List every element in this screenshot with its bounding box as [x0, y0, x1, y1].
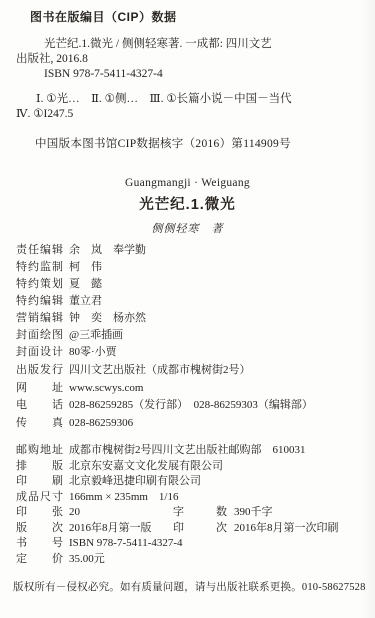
printing-row: 邮购地址成都市槐树街2号四川文艺出版社邮购部 610031 [16, 443, 369, 459]
row-label: 成品尺寸 [16, 490, 63, 506]
book-title: 光芒纪.1.微光 [0, 193, 375, 214]
copyright-page: 图书在版编目（CIP）数据 光芒纪.1.微光 / 侧侧轻寒著. 一成都: 四川文… [0, 0, 375, 618]
book-author: 侧侧轻寒 著 [0, 220, 375, 236]
row-label: 封面设计 [16, 344, 63, 361]
printing-row: 版次2016年8月第一版 印次 2016年8月第一次印刷 [16, 521, 369, 537]
printing-row: 印刷北京毅峰迅捷印刷有限公司 [16, 474, 369, 490]
row-value: 余 岚 奉学勤 [69, 244, 146, 256]
credits-block: 责任编辑余 岚 奉学勤 特约监制柯 伟 特约策划夏 懿 特约编辑董立君 营销编辑… [16, 242, 369, 361]
copyright-notice: 版权所有－侵权必究。如有质量问题，请与出版社联系更换。010-58627528 [13, 579, 369, 594]
row-label: 印张 [16, 505, 63, 521]
printing-row: 排版北京东安嘉文文化发展有限公司 [16, 459, 369, 475]
row-value: 钟 奕 杨亦然 [69, 312, 146, 324]
row-value: 20 [69, 506, 80, 518]
row-value: @三乖插画 [69, 329, 123, 341]
publisher-row: 出版发行四川文艺出版社（成都市槐树街2号） [16, 362, 369, 380]
credits-row: 封面绘图@三乖插画 [16, 327, 369, 344]
row-value: 四川文艺出版社（成都市槐树街2号） [69, 364, 251, 376]
row-label: 特约策划 [16, 276, 63, 293]
cip-classification-line: Ⅰ. ①光… Ⅱ. ①侧… Ⅲ. ①长篇小说－中国－当代 [16, 92, 369, 107]
credits-row: 特约监制柯 伟 [16, 259, 369, 276]
cip-classification-block: Ⅰ. ①光… Ⅱ. ①侧… Ⅲ. ①长篇小说－中国－当代 Ⅳ. ①I247.5 [16, 92, 369, 122]
row-label: 特约编辑 [16, 293, 63, 310]
credits-row: 特约策划夏 懿 [16, 276, 369, 293]
row-label: 封面绘图 [16, 327, 63, 344]
row-value-isbn: ISBN 978-7-5411-4327-4 [69, 537, 183, 549]
printing-row: 印张20 字数 390千字 [16, 505, 369, 521]
publisher-block: 出版发行四川文艺出版社（成都市槐树街2号） 网址www.scwys.com 电话… [16, 362, 369, 432]
row-label: 定价 [16, 552, 63, 568]
row-value-price: 35.00元 [69, 553, 105, 565]
cip-classification-line: Ⅳ. ①I247.5 [16, 107, 369, 122]
credits-row: 营销编辑钟 奕 杨亦然 [16, 310, 369, 327]
cip-record-line: 出版社, 2016.8 [16, 52, 369, 67]
row-value: 028-86259306 [69, 417, 133, 429]
publisher-row: 网址www.scwys.com [16, 380, 369, 398]
publisher-row: 传真028-86259306 [16, 415, 369, 433]
row-label: 出版发行 [16, 362, 63, 380]
row-label: 字数 [173, 505, 227, 521]
printing-row: 书号ISBN 978-7-5411-4327-4 [16, 536, 369, 552]
row-value: 北京东安嘉文文化发展有限公司 [69, 460, 223, 472]
row-value: 166mm × 235mm 1/16 [69, 491, 178, 503]
row-value: 028-86259285（发行部） 028-86259303（编辑部） [69, 399, 313, 411]
cip-record-line: ISBN 978-7-5411-4327-4 [16, 67, 369, 82]
cip-registry-line: 中国版本图书馆CIP数据核字（2016）第114909号 [16, 135, 369, 151]
row-value: 成都市槐树街2号四川文艺出版社邮购部 610031 [69, 444, 306, 456]
row-value: 柯 伟 [69, 261, 102, 273]
row-label: 特约监制 [16, 259, 63, 276]
book-title-pinyin: Guangmangji · Weiguang [0, 177, 375, 189]
row-value: 北京毅峰迅捷印刷有限公司 [69, 475, 201, 487]
row-value: 董立君 [69, 295, 102, 307]
cip-record-line: 光芒纪.1.微光 / 侧侧轻寒著. 一成都: 四川文艺 [16, 37, 369, 52]
row-value: 夏 懿 [69, 278, 102, 290]
row-value: 80零·小贾 [69, 346, 117, 358]
row-value: 2016年8月第一版 [69, 522, 152, 534]
credits-row: 责任编辑余 岚 奉学勤 [16, 242, 369, 259]
row-label: 营销编辑 [16, 310, 63, 327]
row-label: 责任编辑 [16, 242, 63, 259]
cip-header: 图书在版编目（CIP）数据 [16, 8, 369, 25]
credits-row: 特约编辑董立君 [16, 293, 369, 310]
row-label: 排版 [16, 459, 63, 475]
credits-row: 封面设计80零·小贾 [16, 344, 369, 361]
row-label: 邮购地址 [16, 443, 63, 459]
row-value-website: www.scwys.com [69, 382, 143, 394]
row-label: 网址 [16, 380, 63, 398]
printing-row: 定价35.00元 [16, 552, 369, 568]
printing-block: 邮购地址成都市槐树街2号四川文艺出版社邮购部 610031 排版北京东安嘉文文化… [16, 443, 369, 567]
row-value: 390千字 [234, 505, 273, 521]
row-label: 印次 [173, 521, 227, 537]
row-label: 电话 [16, 397, 63, 415]
row-label: 印刷 [16, 474, 63, 490]
printing-row: 成品尺寸166mm × 235mm 1/16 [16, 490, 369, 506]
row-label: 书号 [16, 536, 63, 552]
cip-record-block: 光芒纪.1.微光 / 侧侧轻寒著. 一成都: 四川文艺 出版社, 2016.8 … [16, 37, 369, 82]
row-label: 传真 [16, 415, 63, 433]
row-value: 2016年8月第一次印刷 [234, 521, 339, 537]
row-label: 版次 [16, 521, 63, 537]
publisher-row: 电话028-86259285（发行部） 028-86259303（编辑部） [16, 397, 369, 415]
title-block: Guangmangji · Weiguang 光芒纪.1.微光 侧侧轻寒 著 [0, 177, 375, 236]
